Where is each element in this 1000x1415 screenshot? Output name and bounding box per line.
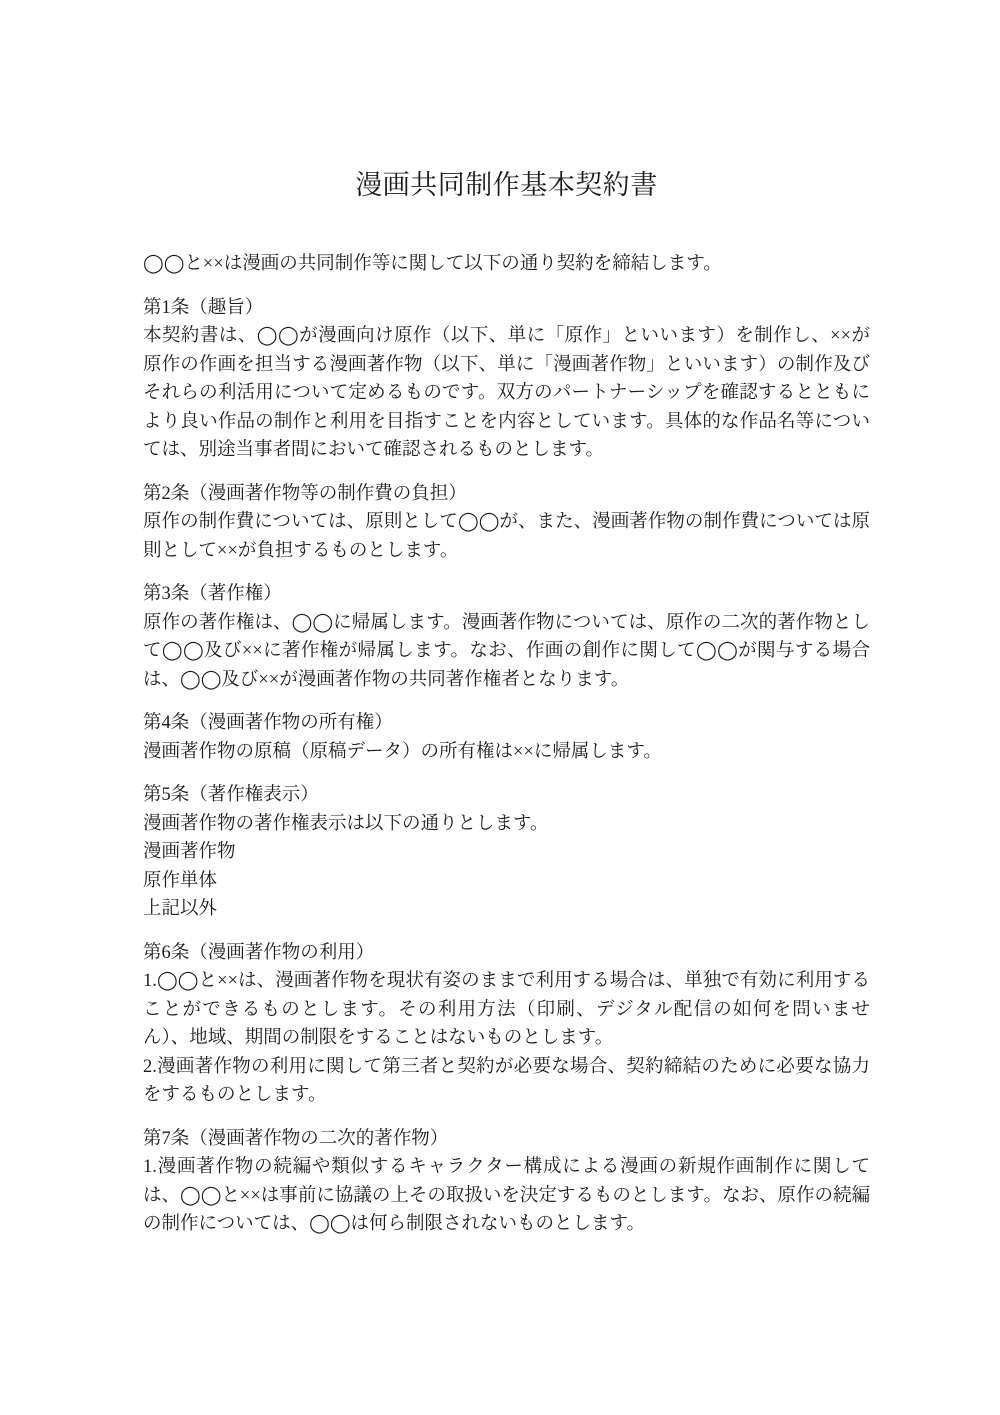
section-article-3: 第3条（著作権） 原作の著作権は、◯◯に帰属します。漫画著作物については、原作の… (143, 580, 870, 694)
article-5-heading: 第5条（著作権表示） (143, 781, 870, 810)
contract-document-page: 漫画共同制作基本契約書 ◯◯と××は漫画の共同制作等に関して以下の通り契約を締結… (0, 0, 1000, 1415)
section-article-5: 第5条（著作権表示） 漫画著作物の著作権表示は以下の通りとします。 漫画著作物 … (143, 781, 870, 924)
article-7-item-1: 1.漫画著作物の続編や類似するキャラクター構成による漫画の新規作画制作に関しては… (143, 1153, 870, 1239)
article-5-list-item-original-only: 原作単体 (143, 867, 870, 896)
article-1-heading: 第1条（趣旨） (143, 294, 870, 323)
article-3-heading: 第3条（著作権） (143, 580, 870, 609)
intro-paragraph: ◯◯と××は漫画の共同制作等に関して以下の通り契約を締結します。 (143, 250, 870, 279)
article-5-list-item-other: 上記以外 (143, 895, 870, 924)
article-6-heading: 第6条（漫画著作物の利用） (143, 939, 870, 968)
section-article-1: 第1条（趣旨） 本契約書は、◯◯が漫画向け原作（以下、単に「原作」といいます）を… (143, 294, 870, 465)
article-3-paragraph: 原作の著作権は、◯◯に帰属します。漫画著作物については、原作の二次的著作物として… (143, 609, 870, 695)
section-article-4: 第4条（漫画著作物の所有権） 漫画著作物の原稿（原稿データ）の所有権は××に帰属… (143, 709, 870, 766)
article-4-heading: 第4条（漫画著作物の所有権） (143, 709, 870, 738)
article-1-paragraph: 本契約書は、◯◯が漫画向け原作（以下、単に「原作」といいます）を制作し、××が原… (143, 322, 870, 465)
section-article-2: 第2条（漫画著作物等の制作費の負担） 原作の制作費については、原則として◯◯が、… (143, 480, 870, 566)
article-6-item-2: 2.漫画著作物の利用に関して第三者と契約が必要な場合、契約締結のために必要な協力… (143, 1053, 870, 1110)
article-5-paragraph: 漫画著作物の著作権表示は以下の通りとします。 (143, 810, 870, 839)
document-title: 漫画共同制作基本契約書 (143, 170, 870, 200)
article-6-item-1: 1.◯◯と××は、漫画著作物を現状有姿のままで利用する場合は、単独で有効に利用す… (143, 967, 870, 1053)
section-article-6: 第6条（漫画著作物の利用） 1.◯◯と××は、漫画著作物を現状有姿のままで利用す… (143, 939, 870, 1110)
article-2-heading: 第2条（漫画著作物等の制作費の負担） (143, 480, 870, 509)
article-4-paragraph: 漫画著作物の原稿（原稿データ）の所有権は××に帰属します。 (143, 738, 870, 767)
article-2-paragraph: 原作の制作費については、原則として◯◯が、また、漫画著作物の制作費については原則… (143, 508, 870, 565)
section-article-7: 第7条（漫画著作物の二次的著作物） 1.漫画著作物の続編や類似するキャラクター構… (143, 1125, 870, 1239)
article-5-list-item-manga-work: 漫画著作物 (143, 838, 870, 867)
article-7-heading: 第7条（漫画著作物の二次的著作物） (143, 1125, 870, 1154)
